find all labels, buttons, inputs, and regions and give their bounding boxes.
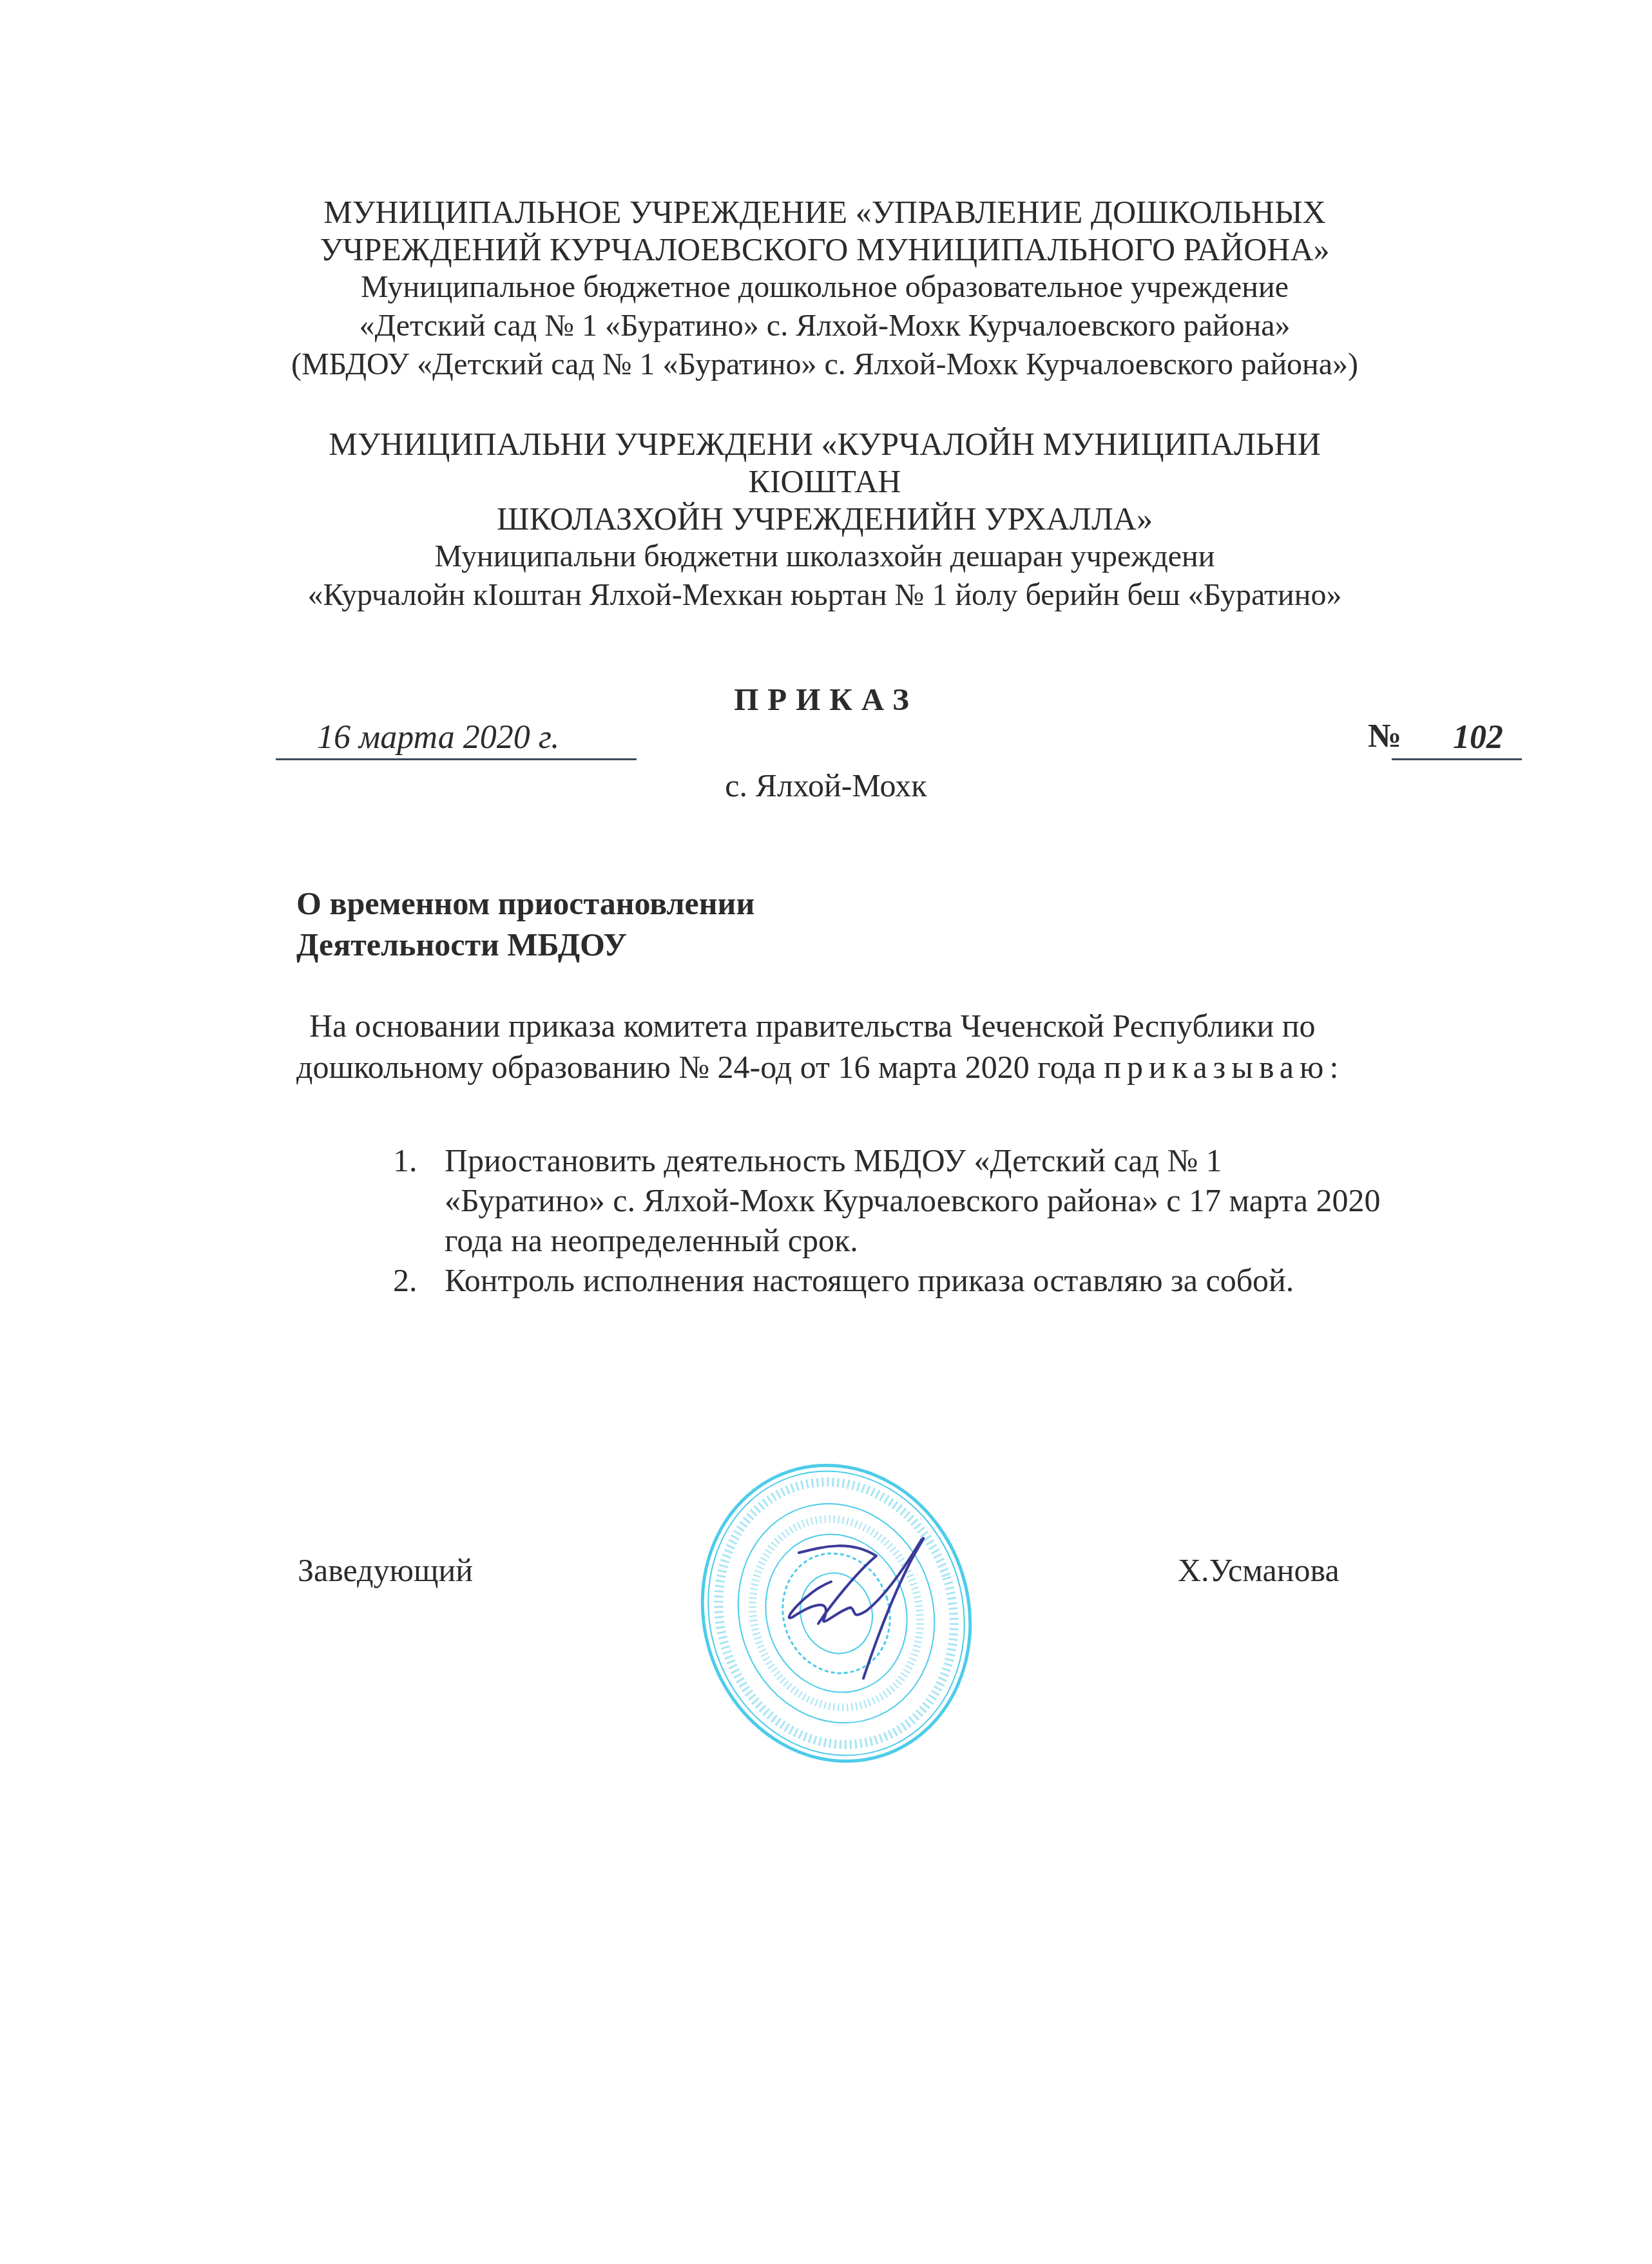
orders-list: 1. Приостановить деятельность МБДОУ «Дет… [396, 1140, 1556, 1300]
header-ru-line-5: (МБДОУ «Детский сад № 1 «Буратино» с. Ял… [258, 345, 1392, 384]
basis-line-1: На основании приказа комитета правительс… [296, 1005, 1553, 1046]
signer-name: Х.Усманова [1178, 1551, 1340, 1589]
order-line: Контроль исполнения настоящего приказа о… [445, 1260, 1556, 1300]
order-number: 2. [393, 1260, 418, 1300]
date-field: 16 марта 2020 г. [276, 717, 637, 760]
header-ce-line-2: ШКОЛАЗХОЙН УЧРЕЖДЕНИЙН УРХАЛЛА» [258, 500, 1392, 537]
order-number: 1. [393, 1140, 418, 1180]
header-chechen: МУНИЦИПАЛЬНИ УЧРЕЖДЕНИ «КУРЧАЛОЙН МУНИЦИ… [258, 425, 1392, 615]
basis-paragraph: На основании приказа комитета правительс… [296, 1005, 1553, 1088]
order-item: 2. Контроль исполнения настоящего приказ… [396, 1260, 1556, 1300]
header-ru-line-2: УЧРЕЖДЕНИЙ КУРЧАЛОЕВСКОГО МУНИЦИПАЛЬНОГО… [258, 231, 1392, 268]
handwritten-signature-icon [754, 1533, 947, 1688]
header-ru-line-1: МУНИЦИПАЛЬНОЕ УЧРЕЖДЕНИЕ «УПРАВЛЕНИЕ ДОШ… [258, 193, 1392, 231]
header-ce-line-1: МУНИЦИПАЛЬНИ УЧРЕЖДЕНИ «КУРЧАЛОЙН МУНИЦИ… [258, 425, 1392, 500]
header-ru-line-3: Муниципальное бюджетное дошкольное образ… [258, 268, 1392, 307]
document-title: ПРИКАЗ [0, 681, 1652, 718]
number-field: 102 [1392, 717, 1522, 760]
subject-line-2: Деятельности МБДОУ [296, 924, 754, 965]
header-ru-line-4: «Детский сад № 1 «Буратино» с. Ялхой-Мох… [258, 307, 1392, 345]
order-line: «Буратино» с. Ялхой-Мохк Курчалоевского … [445, 1180, 1556, 1220]
header-ce-line-3: Муниципальни бюджетни школазхойн дешаран… [258, 537, 1392, 576]
document-place: с. Ялхой-Мохк [0, 767, 1652, 804]
document-page: МУНИЦИПАЛЬНОЕ УЧРЕЖДЕНИЕ «УПРАВЛЕНИЕ ДОШ… [0, 0, 1652, 2264]
signer-role: Заведующий [298, 1551, 473, 1589]
document-date: 16 марта 2020 г. [317, 718, 559, 756]
basis-line-2: дошкольному образованию № 24-од от 16 ма… [296, 1046, 1553, 1088]
order-line: года на неопределенный срок. [445, 1220, 1556, 1260]
order-item: 1. Приостановить деятельность МБДОУ «Дет… [396, 1140, 1556, 1260]
document-subject: О временном приостановлении Деятельности… [296, 883, 754, 965]
header-ce-line-4: «Курчалойн кIоштан Ялхой-Мехкан юьртан №… [258, 576, 1392, 615]
subject-line-1: О временном приостановлении [296, 883, 754, 924]
basis-line-2-text: дошкольному образованию № 24-од от 16 ма… [296, 1049, 1104, 1085]
document-number: 102 [1453, 718, 1503, 756]
order-line: Приостановить деятельность МБДОУ «Детски… [445, 1140, 1556, 1180]
order-verb: приказываю: [1104, 1049, 1344, 1085]
header-russian: МУНИЦИПАЛЬНОЕ УЧРЕЖДЕНИЕ «УПРАВЛЕНИЕ ДОШ… [258, 193, 1392, 384]
